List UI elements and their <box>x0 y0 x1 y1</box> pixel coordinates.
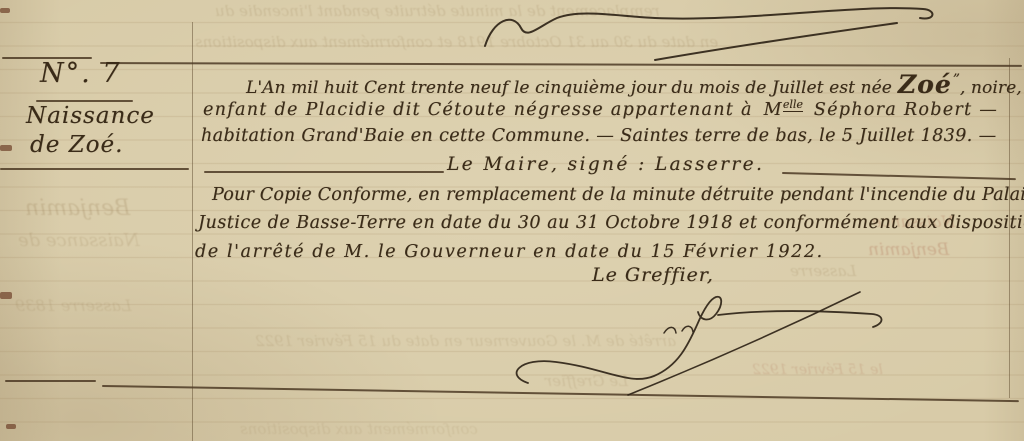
act-line-1-end: , noire, <box>960 78 1022 98</box>
copy-note-line-1: Pour Copie Conforme, en remplacement de … <box>212 185 1024 205</box>
bleedthrough-text: Naissance de <box>18 230 140 251</box>
filler-line-before-maire <box>204 171 444 173</box>
act-line-1: L'An mil huit Cent trente neuf le cinqui… <box>246 70 1022 99</box>
act-number-underline <box>36 100 133 102</box>
act-line-2-text: enfant de Placidie dit Cétoute négresse … <box>203 100 753 120</box>
child-name: Zoé <box>898 70 952 99</box>
page-edge-mark <box>6 424 16 429</box>
margin-mid-rule <box>0 168 189 170</box>
record-top-rule <box>100 62 1022 66</box>
bleedthrough-text: Lasserre 1839 <box>15 296 132 315</box>
bleedthrough-text: Benjamin <box>868 240 949 260</box>
filler-line-after-lasserre <box>782 172 1016 180</box>
name-emphasis-mark: ” <box>953 72 960 88</box>
previous-record-signature <box>465 0 950 62</box>
act-number: N°. 7 <box>40 58 121 89</box>
margin-title-naissance: Naissance <box>26 103 155 129</box>
register-page: remplacement de la minute détruite penda… <box>0 0 1024 441</box>
mademoiselle-abbrev: Melle <box>764 100 803 120</box>
greffier-signature <box>512 283 912 401</box>
margin-title-de-zoe: de Zoé. <box>30 132 123 158</box>
bleedthrough-text: Benjamin <box>25 196 130 221</box>
bleedthrough-text: conformément aux dispositions <box>240 420 478 438</box>
copy-note-line-2: Justice de Basse-Terre en date du 30 au … <box>198 213 1024 233</box>
margin-bottom-rule <box>5 380 96 382</box>
act-line-2-end: Séphora Robert — <box>814 100 998 120</box>
page-edge-mark <box>0 145 12 151</box>
margin-column-line <box>192 22 193 441</box>
copy-note-line-3: de l'arrêté de M. le Gouverneur en date … <box>195 242 824 262</box>
act-line-3: habitation Grand'Baie en cette Commune. … <box>201 126 997 146</box>
bleedthrough-text: Lasserre <box>790 262 856 280</box>
act-line-1-text: L'An mil huit Cent trente neuf le cinqui… <box>246 78 892 98</box>
page-edge-mark <box>0 292 12 299</box>
page-edge-mark <box>0 8 10 13</box>
maire-signature-line: Le Maire, signé : Lasserre. <box>447 154 764 175</box>
act-line-2: enfant de Placidie dit Cétoute négresse … <box>203 98 998 120</box>
